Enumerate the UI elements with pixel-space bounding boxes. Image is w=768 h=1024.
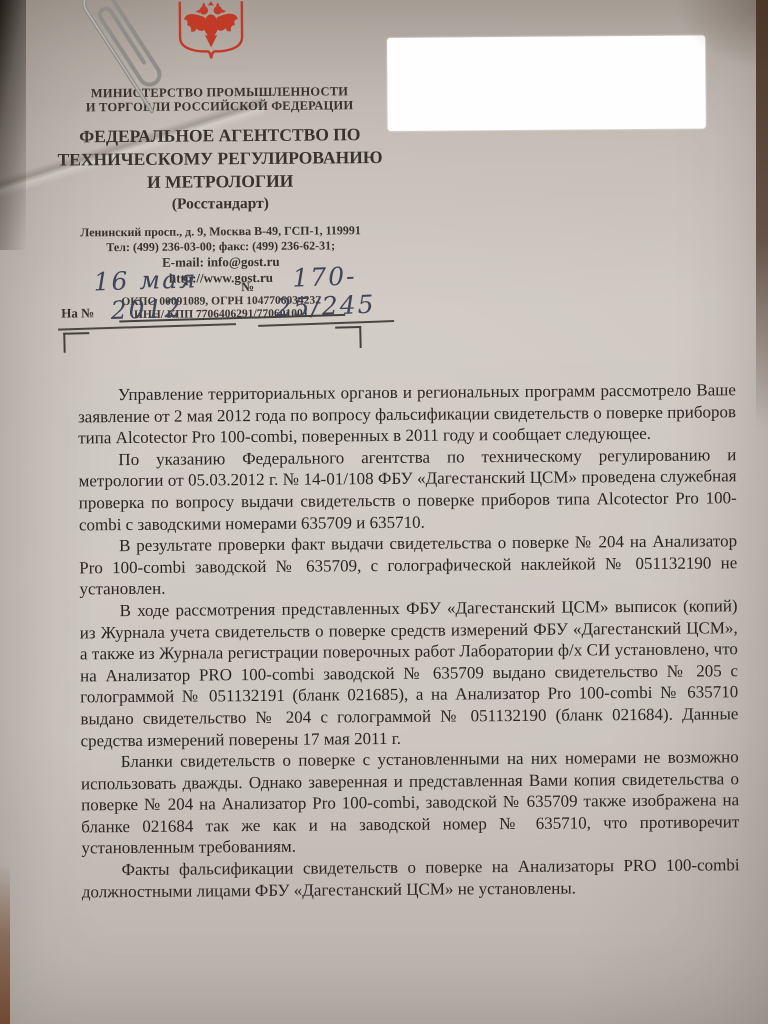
- coat-of-arms-icon: [175, 1, 247, 60]
- table-edge-right: [756, 0, 768, 430]
- letter-body: Управление территориальных органов и рег…: [78, 379, 740, 902]
- agency-name-line1: ФЕДЕРАЛЬНОЕ АГЕНТСТВО ПО: [46, 125, 394, 146]
- reply-to-label: На №: [61, 305, 94, 321]
- address-zone-corner-right: [335, 326, 362, 349]
- photo-shadow-top-left: [0, 0, 26, 250]
- body-paragraph: В ходе рассмотрения представленных ФБУ «…: [79, 595, 738, 751]
- table-edge-bottom-left: [0, 864, 10, 1024]
- body-paragraph: По указанию Федерального агентства по те…: [78, 444, 737, 536]
- letter-page: МИНИСТЕРСТВО ПРОМЫШЛЕННОСТИ И ТОРГОВЛИ Р…: [0, 0, 768, 1024]
- body-paragraph: Факты фальсификации свидетельств о повер…: [82, 854, 740, 902]
- body-paragraph: В результате проверки факт выдачи свидет…: [79, 530, 737, 600]
- ministry-name-line2: И ТОРГОВЛИ РОССИЙСКОЙ ФЕДЕРАЦИИ: [46, 98, 394, 114]
- agency-name-line2: ТЕХНИЧЕСКОМУ РЕГУЛИРОВАНИЮ: [46, 148, 394, 169]
- address-zone-corner-left: [63, 332, 89, 353]
- agency-name-line3: И МЕТРОЛОГИИ: [46, 171, 394, 192]
- document-photo: МИНИСТЕРСТВО ПРОМЫШЛЕННОСТИ И ТОРГОВЛИ Р…: [0, 0, 768, 1024]
- body-paragraph: Управление территориальных органов и рег…: [78, 379, 736, 449]
- agency-short-name: (Росстандарт): [46, 194, 394, 215]
- photo-shadow-top-right: [648, 0, 768, 90]
- postal-address: Ленинский просп., д. 9, Москва В-49, ГСП…: [47, 223, 395, 241]
- number-sign-label: №: [241, 279, 254, 295]
- body-paragraph: Бланки свидетельств о поверке с установл…: [81, 746, 740, 859]
